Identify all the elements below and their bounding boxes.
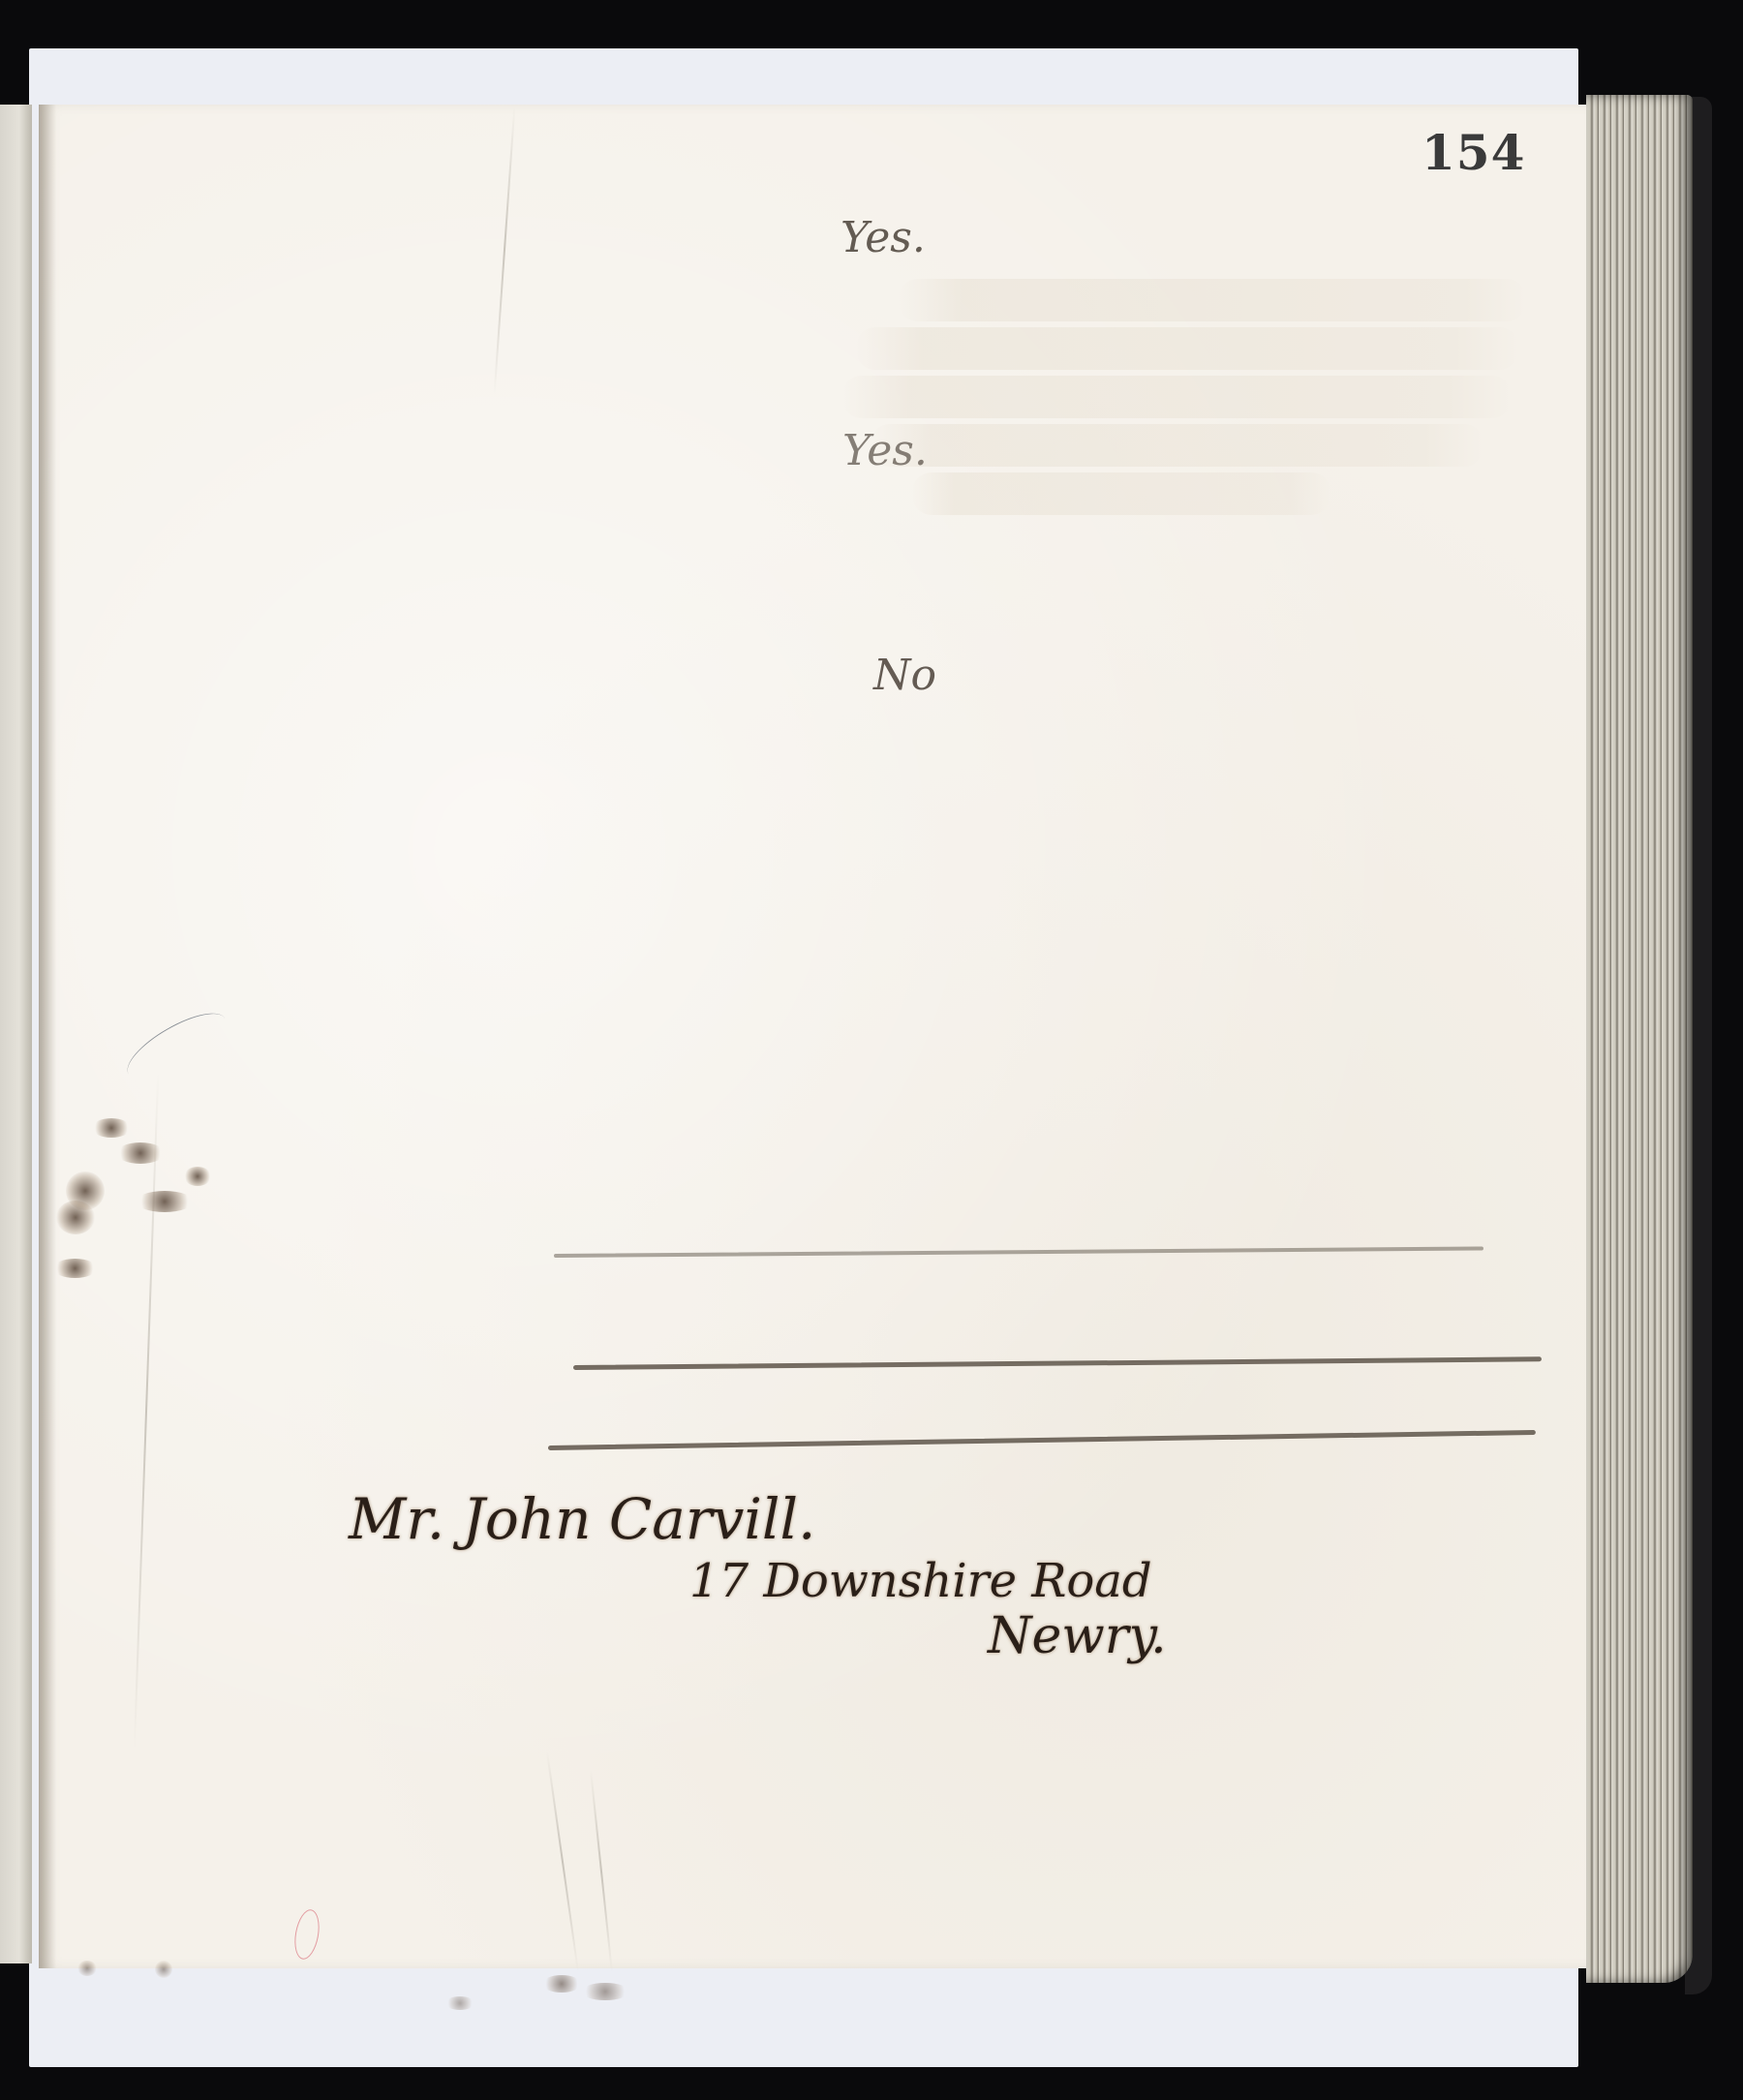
book-fore-edge <box>1586 95 1693 1983</box>
facing-page-edge <box>0 105 32 1963</box>
ink-stain <box>92 1118 131 1138</box>
ink-stain <box>53 1259 97 1278</box>
ink-stain <box>445 1996 474 2010</box>
answer-yes-1: Yes. <box>841 213 926 262</box>
ink-stain <box>56 1201 95 1234</box>
page-number: 154 <box>1422 124 1525 181</box>
bleed-through-text <box>842 279 1540 627</box>
address-name: Mr. John Carvill. <box>349 1486 815 1552</box>
paper-crease <box>134 1073 159 1750</box>
ink-stain <box>542 1975 581 1993</box>
paper-crease <box>590 1770 613 1972</box>
paper-crease <box>494 105 516 394</box>
ink-stain <box>581 1983 629 2000</box>
address-town: Newry. <box>988 1607 1167 1665</box>
answer-no: No <box>873 651 936 700</box>
paper-crease <box>546 1751 579 1972</box>
ledger-page <box>39 105 1586 1968</box>
ink-stain <box>184 1167 211 1186</box>
ink-stain <box>136 1191 194 1212</box>
ink-stain <box>155 1961 172 1978</box>
gutter-shadow <box>39 105 56 1968</box>
ink-stain <box>116 1142 165 1164</box>
address-street: 17 Downshire Road <box>689 1554 1152 1608</box>
answer-yes-2: Yes. <box>842 426 928 475</box>
ink-stain <box>77 1961 97 1976</box>
